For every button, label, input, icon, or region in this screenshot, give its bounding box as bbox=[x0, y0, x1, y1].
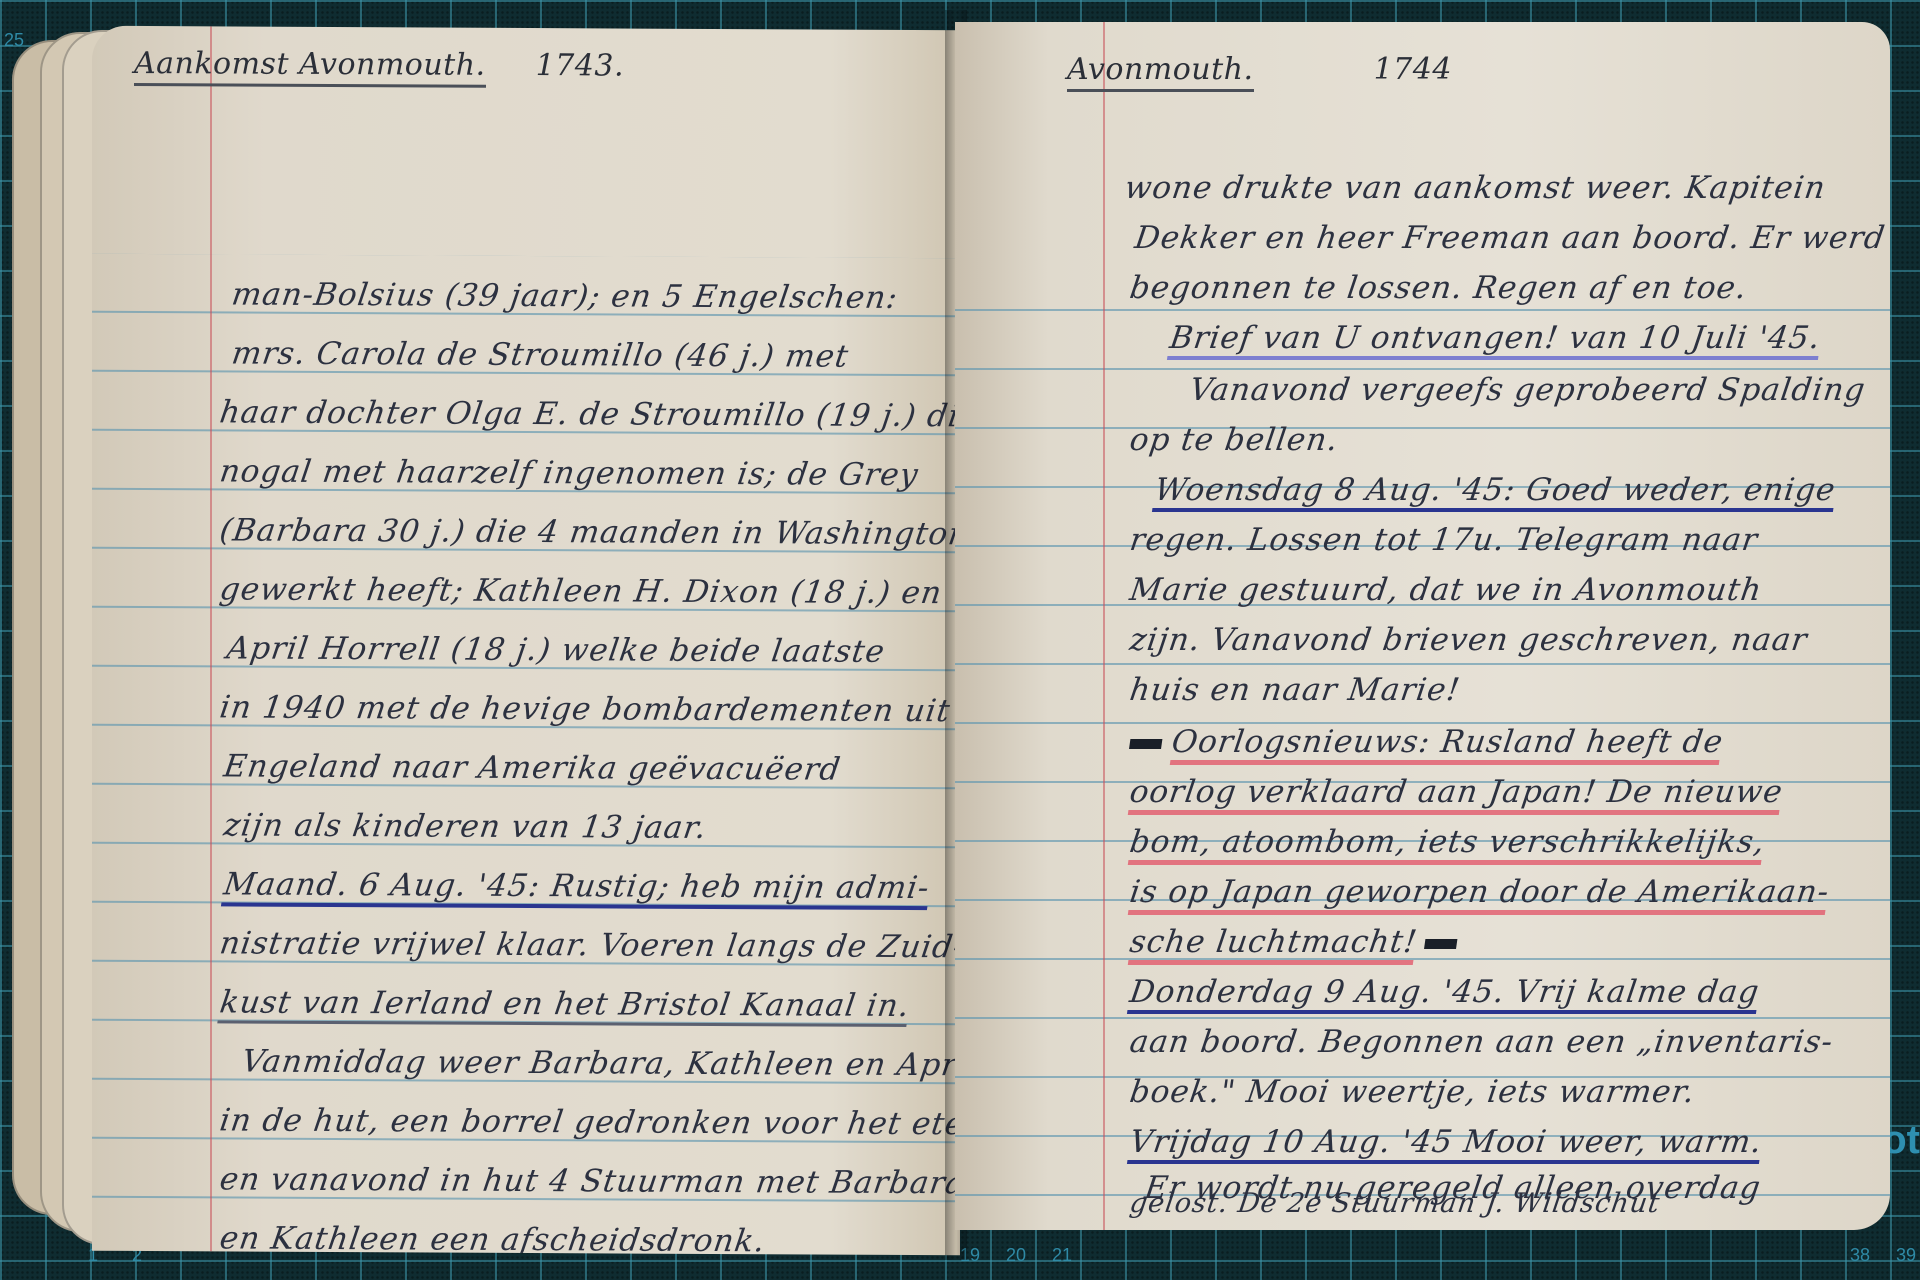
page-header: Avonmouth. 1744 bbox=[1067, 52, 1452, 87]
text-line: April Horrell (18 j.) welke beide laatst… bbox=[224, 630, 887, 669]
war-news-text: oorlog verklaard aan Japan! De nieuwe bbox=[1127, 774, 1785, 810]
text-line: huis en naar Marie! bbox=[1127, 672, 1462, 708]
war-news-line: sche luchtmacht! bbox=[1127, 924, 1469, 960]
text-line: man-Bolsius (39 jaar); en 5 Engelschen: bbox=[229, 276, 900, 315]
war-news-text: is op Japan geworpen door de Amerikaan- bbox=[1127, 874, 1831, 910]
text-line: en vanavond in hut 4 Stuurman met Barbar… bbox=[217, 1161, 960, 1201]
page-header-title: Avonmouth. bbox=[1067, 52, 1254, 92]
text-line: mrs. Carola de Stroumillo (46 j.) met bbox=[229, 335, 851, 374]
mat-number: 21 bbox=[1052, 1245, 1072, 1266]
text-line: nogal met haarzelf ingenomen is; de Grey bbox=[217, 453, 920, 493]
page-header: Aankomst Avonmouth. 1743. bbox=[134, 46, 624, 84]
entry-date: Donderdag 9 Aug. '45. Vrij kalme dag bbox=[1127, 974, 1762, 1014]
diary-entry-date-line: Vrijdag 10 Aug. '45 Mooi weer, warm. bbox=[1127, 1124, 1764, 1160]
letter-received: Brief van U ontvangen! van 10 Juli '45. bbox=[1167, 320, 1823, 360]
dash-mark bbox=[1129, 739, 1162, 749]
war-news-text: Oorlogsnieuws: Rusland heeft de bbox=[1169, 724, 1725, 760]
text-line: wone drukte van aankomst weer. Kapitein bbox=[1122, 170, 1828, 206]
dash-mark bbox=[1424, 939, 1457, 949]
text-line: Marie gestuurd, dat we in Avonmouth bbox=[1127, 572, 1764, 608]
text-line: op te bellen. bbox=[1127, 422, 1340, 458]
mat-number: 39 bbox=[1896, 1245, 1916, 1266]
text-line: aan boord. Begonnen aan een „inventaris- bbox=[1127, 1024, 1835, 1060]
diary-entry-date-line: Maand. 6 Aug. '45: Rustig; heb mijn admi… bbox=[221, 866, 932, 906]
text-line: en Kathleen een afscheidsdronk. bbox=[217, 1220, 767, 1255]
text-line: (Barbara 30 j.) die 4 maanden in Washing… bbox=[217, 512, 960, 552]
right-page: Avonmouth. 1744 wone drukte van aankomst… bbox=[955, 22, 1890, 1230]
text-line: haar dochter Olga E. de Stroumillo (19 j… bbox=[217, 394, 960, 434]
left-page: Aankomst Avonmouth. 1743. man-Bolsius (3… bbox=[92, 26, 960, 1256]
text-line: Dekker en heer Freeman aan boord. Er wer… bbox=[1132, 220, 1887, 256]
text-line: gewerkt heeft; Kathleen H. Dixon (18 j.)… bbox=[217, 571, 944, 611]
text-line: boek." Mooi weertje, iets warmer. bbox=[1127, 1074, 1697, 1110]
mat-number: 25 bbox=[4, 30, 24, 51]
text-line: nistratie vrijwel klaar. Voeren langs de… bbox=[217, 925, 960, 965]
entry-date: Maand. 6 Aug. '45: Rustig; heb mijn admi… bbox=[221, 866, 932, 910]
text-line: zijn als kinderen van 13 jaar. bbox=[221, 807, 709, 846]
war-news-text: sche luchtmacht! bbox=[1127, 924, 1419, 960]
text-line: kust van Ierland en het Bristol Kanaal i… bbox=[217, 984, 912, 1027]
text-line: Vanmiddag weer Barbara, Kathleen en Apri… bbox=[239, 1044, 960, 1084]
diary-letter-line: Brief van U ontvangen! van 10 Juli '45. bbox=[1167, 320, 1823, 356]
text-line: in de hut, een borrel gedronken voor het… bbox=[217, 1102, 960, 1142]
text-line: regen. Lossen tot 17u. Telegram naar bbox=[1127, 522, 1760, 558]
page-number: 1743. bbox=[536, 48, 624, 83]
entry-date: Vrijdag 10 Aug. '45 Mooi weer, warm. bbox=[1127, 1124, 1765, 1164]
text-line: Vanavond vergeefs geprobeerd Spalding bbox=[1187, 372, 1867, 408]
margin-line bbox=[1103, 22, 1105, 1230]
page-number: 1744 bbox=[1374, 52, 1452, 87]
text-line: Engeland naar Amerika geëvacuëerd bbox=[221, 748, 843, 787]
entry-date: Woensdag 8 Aug. '45: Goed weder, enige bbox=[1152, 472, 1838, 512]
text-line: Er wordt nu geregeld alleen overdag bbox=[1142, 1170, 1763, 1206]
mat-number: 20 bbox=[1006, 1245, 1026, 1266]
text-line: in 1940 met de hevige bombardementen uit bbox=[217, 689, 952, 729]
margin-line bbox=[210, 26, 212, 1251]
text-line: zijn. Vanavond brieven geschreven, naar bbox=[1127, 622, 1809, 658]
war-news-text: bom, atoombom, iets verschrikkelijks, bbox=[1127, 824, 1767, 860]
text-line: begonnen te lossen. Regen af en toe. bbox=[1127, 270, 1749, 306]
diary-entry-date-line: Woensdag 8 Aug. '45: Goed weder, enige bbox=[1152, 472, 1838, 508]
diary-entry-date-line: Donderdag 9 Aug. '45. Vrij kalme dag bbox=[1127, 974, 1761, 1010]
war-news-line: Oorlogsnieuws: Rusland heeft de bbox=[1127, 724, 1725, 760]
mat-number: 38 bbox=[1850, 1245, 1870, 1266]
page-header-title: Aankomst Avonmouth. bbox=[134, 46, 486, 88]
